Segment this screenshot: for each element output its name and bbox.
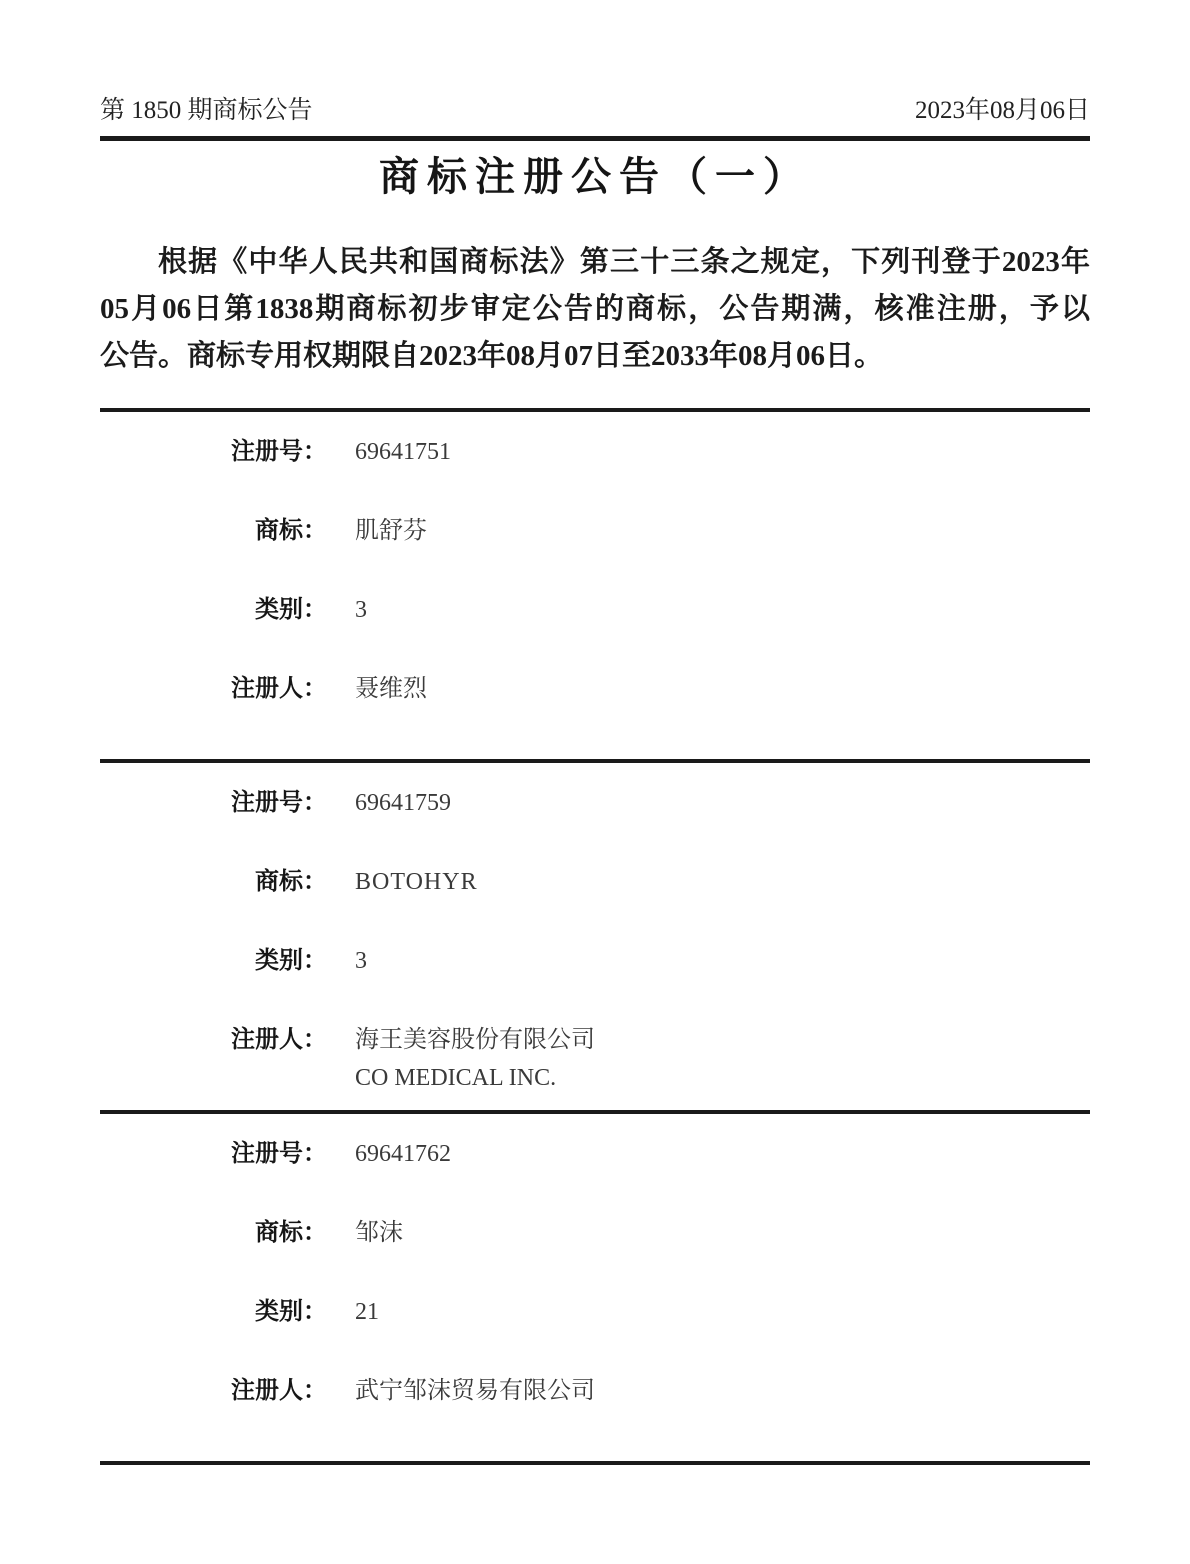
- class-label: 类别：: [100, 594, 327, 626]
- mark-label: 商标：: [100, 1217, 327, 1249]
- trademark-entry-2: 注册号： 69641759 商标： BOTOHYR 类别： 3 注册人： 海王美…: [100, 759, 1090, 1110]
- class-value: 3: [355, 594, 367, 626]
- page-title: 商标注册公告（一）: [100, 154, 1090, 200]
- gazette-date: 2023年08月06日: [915, 95, 1090, 127]
- registrant-label: 注册人：: [100, 673, 327, 705]
- registrant-label: 注册人：: [100, 1375, 327, 1407]
- trademark-entries: 注册号： 69641751 商标： 肌舒芬 类别： 3 注册人： 聂维烈: [100, 408, 1090, 1461]
- reg-no-row: 注册号： 69641751: [100, 436, 1090, 468]
- mark-label: 商标：: [100, 866, 327, 898]
- reg-no-value: 69641751: [355, 436, 451, 468]
- mark-value: 肌舒芬: [355, 515, 427, 547]
- reg-no-row: 注册号： 69641759: [100, 787, 1090, 819]
- registrant-line: 海王美容股份有限公司: [355, 1024, 595, 1056]
- class-row: 类别： 3: [100, 594, 1090, 626]
- registrant-line: 聂维烈: [355, 673, 427, 705]
- registrant-value: 聂维烈: [355, 673, 427, 705]
- mark-row: 商标： BOTOHYR: [100, 866, 1090, 898]
- registrant-label: 注册人：: [100, 1024, 327, 1056]
- gazette-issue-label: 第 1850 期商标公告: [100, 95, 313, 127]
- page-header: 第 1850 期商标公告 2023年08月06日: [100, 0, 1090, 141]
- intro-line: 05月06日第1838期商标初步审定公告的商标，公告期满，核准注册，予以: [100, 286, 1090, 333]
- registrant-value: 海王美容股份有限公司 CO MEDICAL INC.: [355, 1024, 595, 1094]
- registrant-row: 注册人： 聂维烈: [100, 673, 1090, 705]
- class-value: 21: [355, 1296, 379, 1328]
- mark-label: 商标：: [100, 515, 327, 547]
- registrant-line: 武宁邹沫贸易有限公司: [355, 1375, 595, 1407]
- class-row: 类别： 21: [100, 1296, 1090, 1328]
- intro-line: 公告。商标专用权期限自2023年08月07日至2033年08月06日。: [100, 333, 1090, 380]
- mark-row: 商标： 肌舒芬: [100, 515, 1090, 547]
- gazette-page: 第 1850 期商标公告 2023年08月06日 商标注册公告（一） 根据《中华…: [0, 0, 1190, 1564]
- registrant-row: 注册人： 武宁邹沫贸易有限公司: [100, 1375, 1090, 1407]
- class-label: 类别：: [100, 1296, 327, 1328]
- intro-paragraph: 根据《中华人民共和国商标法》第三十三条之规定，下列刊登于2023年 05月06日…: [100, 239, 1090, 380]
- class-value: 3: [355, 945, 367, 977]
- registrant-line: CO MEDICAL INC.: [355, 1062, 595, 1094]
- intro-line: 根据《中华人民共和国商标法》第三十三条之规定，下列刊登于2023年: [100, 239, 1090, 286]
- trademark-entry-3: 注册号： 69641762 商标： 邹沫 类别： 21 注册人： 武宁邹沫贸易有…: [100, 1110, 1090, 1461]
- trademark-entry-1: 注册号： 69641751 商标： 肌舒芬 类别： 3 注册人： 聂维烈: [100, 408, 1090, 759]
- reg-no-label: 注册号：: [100, 787, 327, 819]
- registrant-row: 注册人： 海王美容股份有限公司 CO MEDICAL INC.: [100, 1024, 1090, 1094]
- mark-row: 商标： 邹沫: [100, 1217, 1090, 1249]
- class-row: 类别： 3: [100, 945, 1090, 977]
- bottom-divider: [100, 1461, 1090, 1465]
- reg-no-value: 69641762: [355, 1138, 451, 1170]
- reg-no-label: 注册号：: [100, 436, 327, 468]
- reg-no-label: 注册号：: [100, 1138, 327, 1170]
- mark-value: 邹沫: [355, 1217, 403, 1249]
- reg-no-row: 注册号： 69641762: [100, 1138, 1090, 1170]
- class-label: 类别：: [100, 945, 327, 977]
- mark-value: BOTOHYR: [355, 866, 478, 898]
- registrant-value: 武宁邹沫贸易有限公司: [355, 1375, 595, 1407]
- reg-no-value: 69641759: [355, 787, 451, 819]
